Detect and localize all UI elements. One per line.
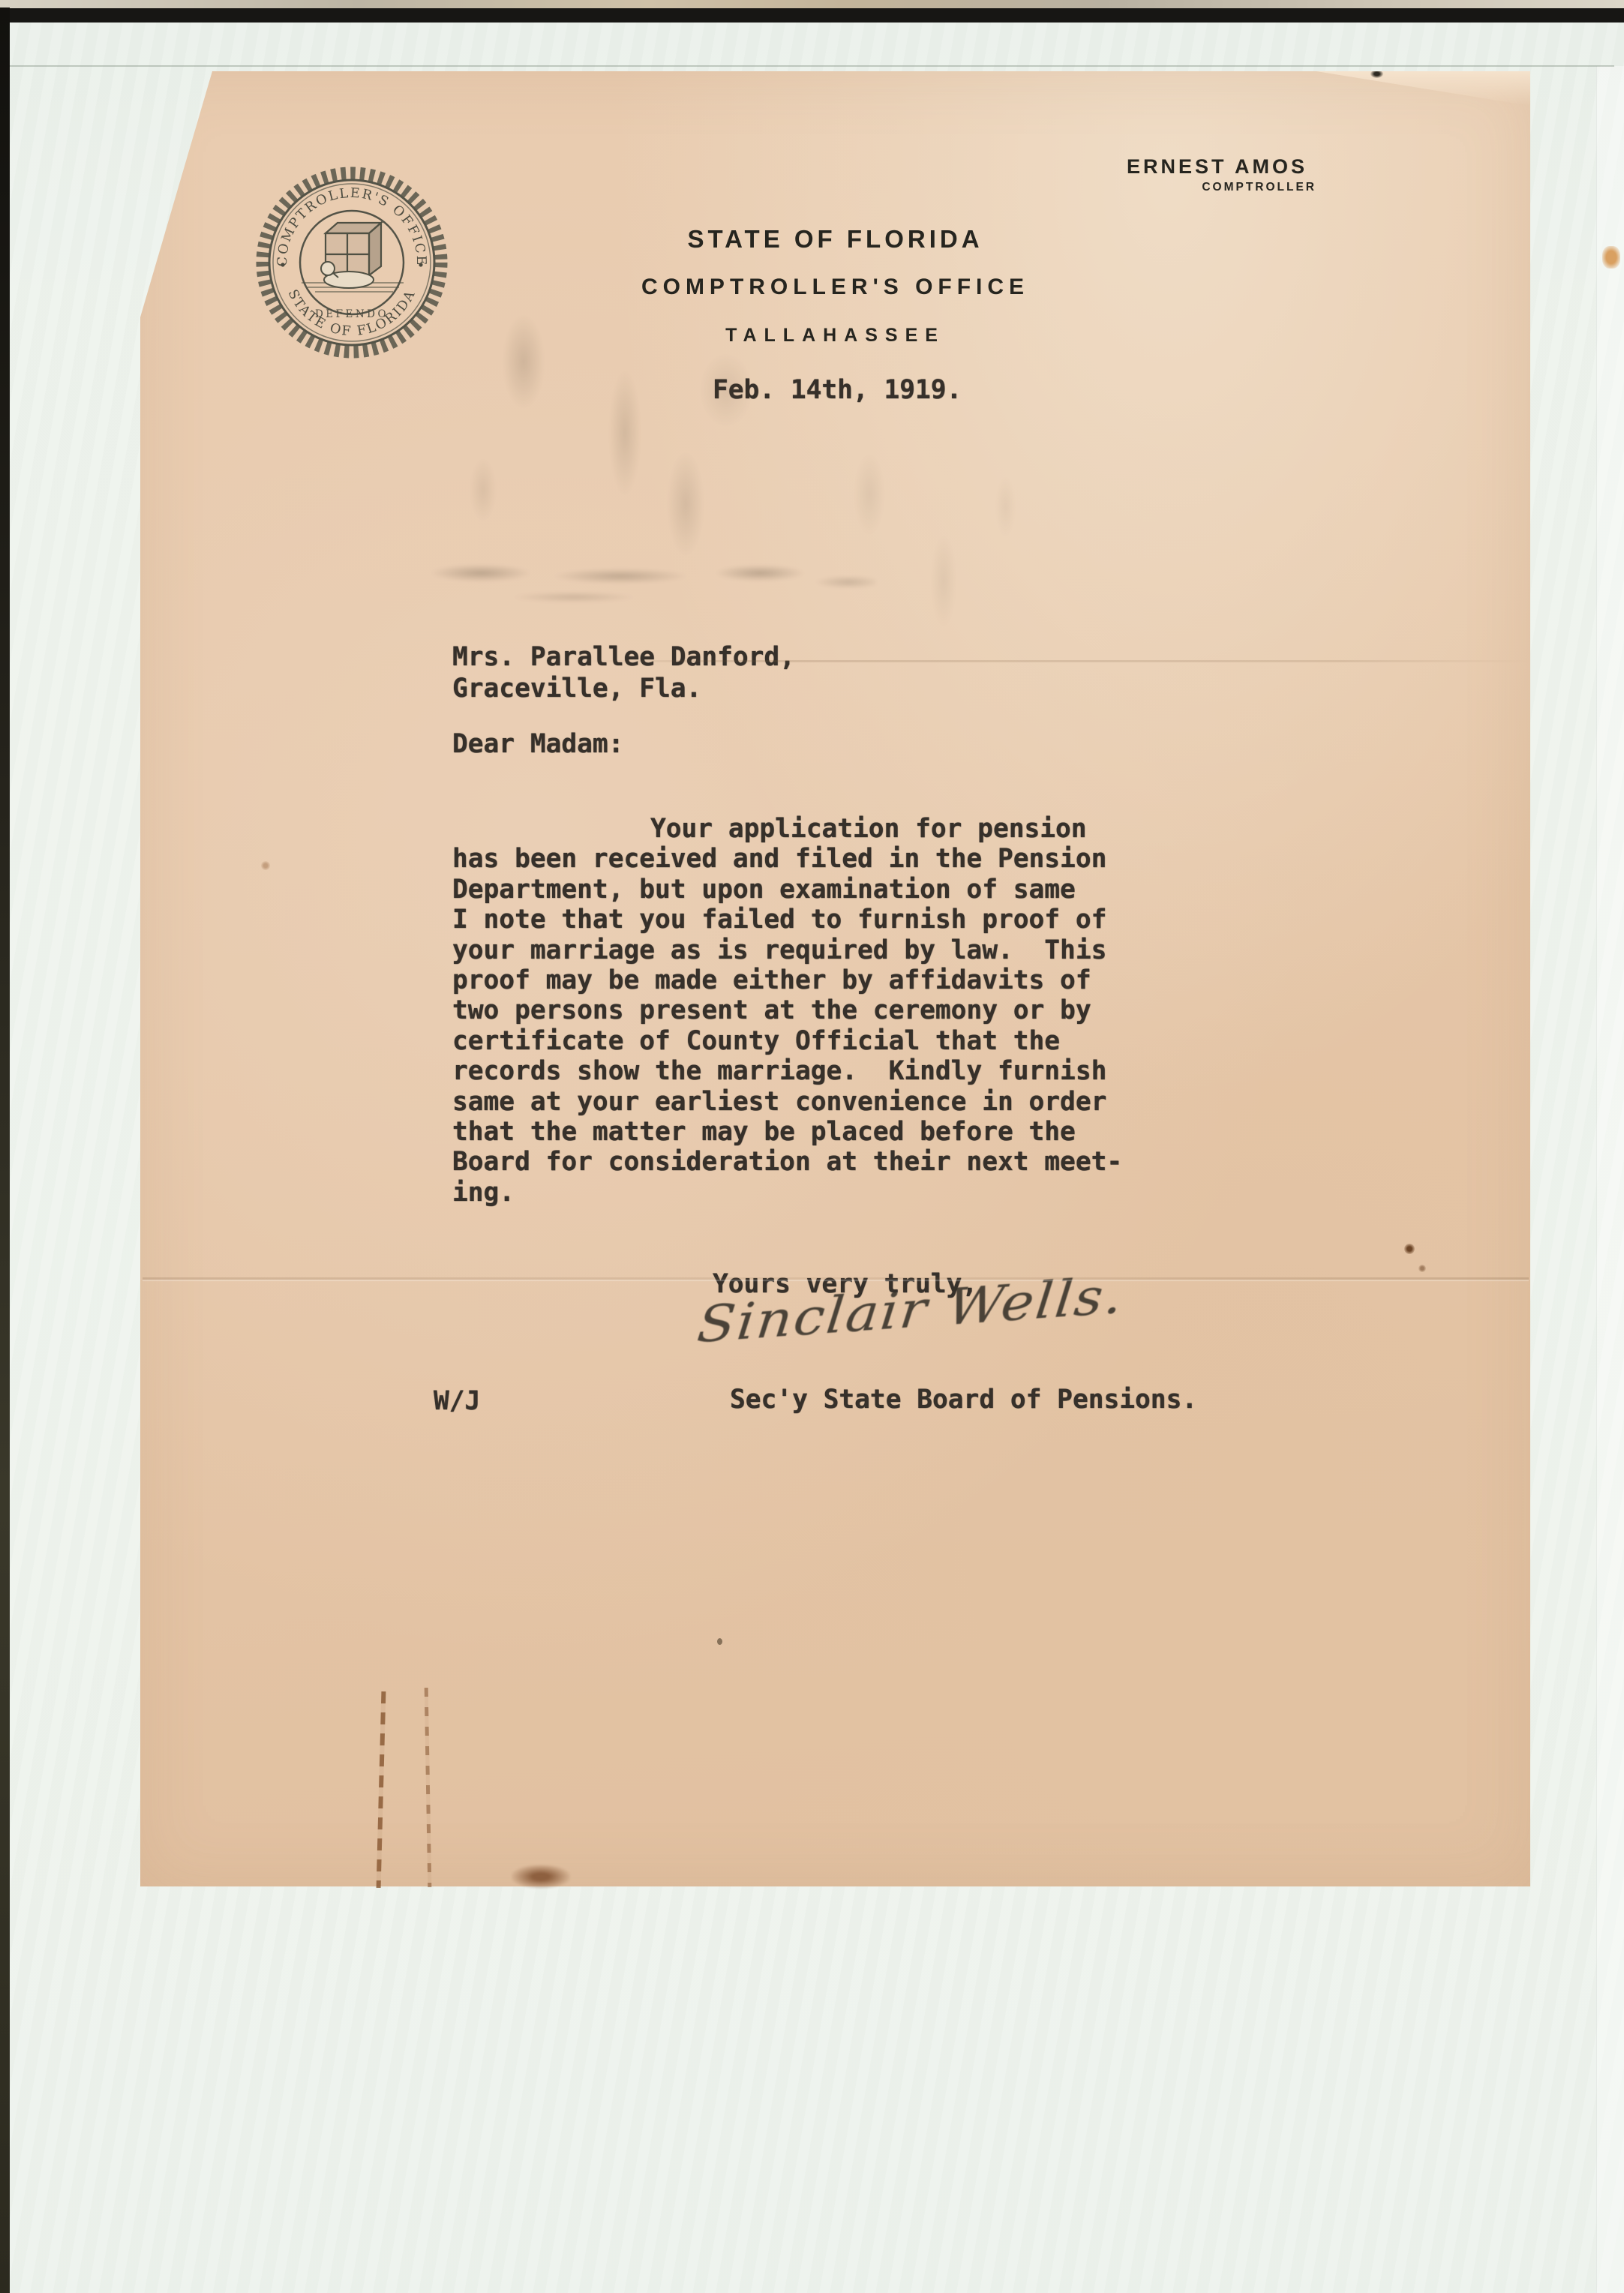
seal-separator-dot-right — [419, 263, 422, 266]
signer-title: Sec'y State Board of Pensions. — [730, 1385, 1197, 1415]
scan-left-black-strip — [0, 8, 10, 2293]
letter-date: Feb. 14th, 1919. — [713, 375, 962, 405]
seal-motto: DEFENDO — [315, 308, 389, 320]
official-name-block: ERNEST AMOS COMPTROLLER — [1080, 155, 1316, 194]
scan-right-edge-panel — [1596, 66, 1624, 2293]
letter-body: Your application for pension has been re… — [452, 814, 1202, 1208]
office-name: COMPTROLLER'S OFFICE — [140, 275, 1530, 300]
recipient-city: Graceville, Fla. — [452, 674, 701, 704]
typist-initials: W/J — [434, 1386, 480, 1416]
salutation: Dear Madam: — [452, 729, 623, 759]
recipient-name: Mrs. Parallee Danford, — [452, 642, 795, 672]
scan-top-black-band — [8, 8, 1624, 23]
org-name: STATE OF FLORIDA — [140, 225, 1530, 254]
scanned-letter-page: COMPTROLLER'S OFFICE STATE OF FLORIDA — [0, 0, 1624, 2293]
official-title: COMPTROLLER — [1080, 181, 1316, 194]
paper-corner-fold — [1316, 71, 1530, 106]
seal-separator-dot-left — [281, 263, 284, 266]
backing-sheet-edge-line — [9, 65, 1614, 67]
official-name: ERNEST AMOS — [1080, 155, 1316, 179]
office-city: TALLAHASSEE — [140, 325, 1530, 347]
